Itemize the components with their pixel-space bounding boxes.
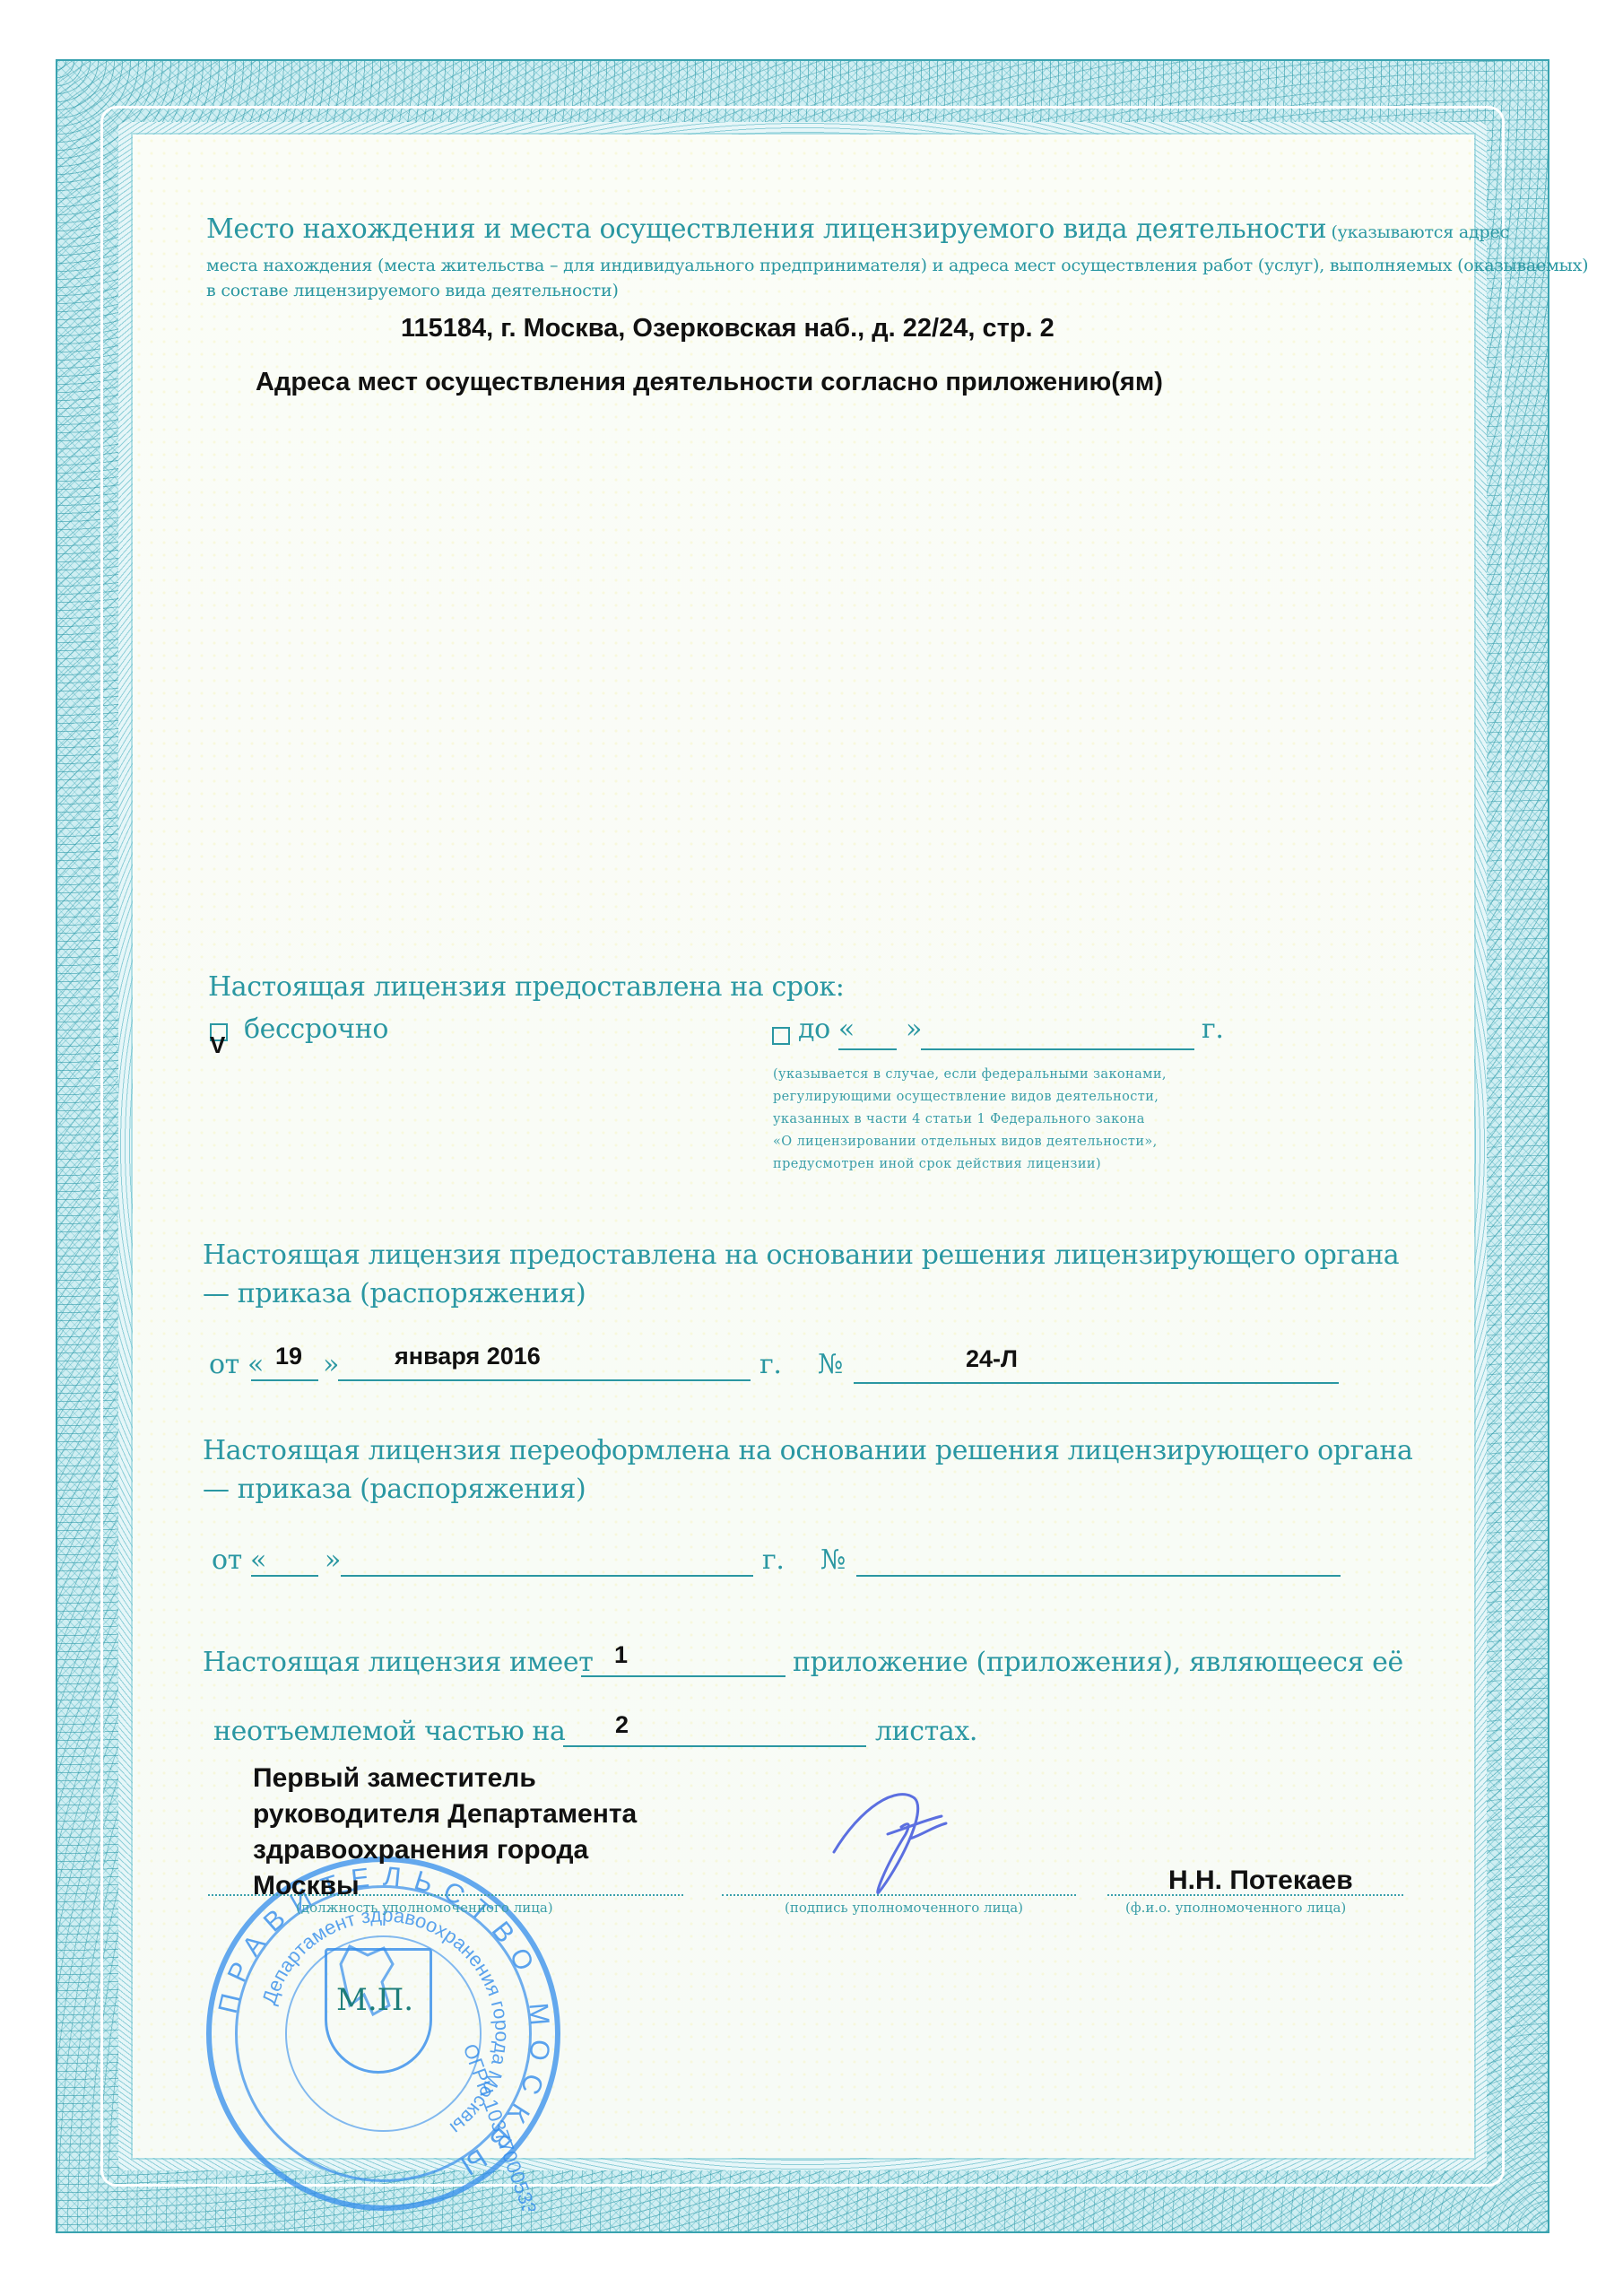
license-address: 115184, г. Москва, Озерковская наб., д. … xyxy=(401,314,1055,344)
reissued-month-year-field[interactable] xyxy=(341,1575,753,1577)
position-line: здравоохранения города xyxy=(253,1832,637,1868)
term-note: (указывается в случае, если федеральными… xyxy=(773,1064,1167,1176)
position-line: руководителя Департамента xyxy=(253,1796,637,1832)
sheet-count-field[interactable] xyxy=(563,1745,866,1747)
seal-middle-text: Департамент здравоохранения города Москв… xyxy=(257,1903,513,2139)
seal-placeholder-label: М.П. xyxy=(336,1982,413,2018)
places-note: Адреса мест осуществления деятельности с… xyxy=(256,368,1163,397)
granted-close-quote: » xyxy=(323,1349,339,1380)
granted-day-field[interactable] xyxy=(251,1379,318,1381)
granted-heading-line2: — приказа (распоряжения) xyxy=(203,1278,586,1309)
signatory-name: Н.Н. Потекаев xyxy=(1168,1865,1353,1896)
term-note-line: «О лицензировании отдельных видов деятел… xyxy=(773,1131,1167,1153)
reissued-heading-line2: — приказа (распоряжения) xyxy=(203,1474,586,1505)
location-heading: Место нахождения и места осуществления л… xyxy=(206,213,1326,245)
granted-number-field[interactable] xyxy=(854,1382,1339,1384)
granted-month-year-field[interactable] xyxy=(338,1379,751,1381)
reissued-heading-line1: Настоящая лицензия переоформлена на осно… xyxy=(203,1435,1413,1466)
checkbox-check-mark: V xyxy=(210,1031,225,1059)
handwritten-signature xyxy=(825,1771,1022,1906)
term-note-line: (указывается в случае, если федеральными… xyxy=(773,1064,1167,1086)
until-prefix: до « xyxy=(798,1013,855,1045)
granted-month-year: января 2016 xyxy=(395,1343,541,1370)
position-line: Москвы xyxy=(253,1868,637,1904)
signature-line-rule xyxy=(722,1894,1076,1896)
name-caption: (ф.и.о. уполномоченного лица) xyxy=(1125,1900,1346,1916)
appendix-prefix: Настоящая лицензия имеет xyxy=(203,1647,593,1678)
reissued-from-label: от « xyxy=(212,1544,266,1576)
svg-text:Департамент здравоохранения го: Департамент здравоохранения города Москв… xyxy=(257,1903,513,2139)
until-day-field[interactable] xyxy=(838,1048,897,1050)
position-caption: (должность уполномоченного лица) xyxy=(296,1900,553,1916)
until-date-checkbox[interactable] xyxy=(772,1027,790,1045)
appendix-count: 1 xyxy=(614,1641,628,1669)
location-heading-line: Место нахождения и места осуществления л… xyxy=(206,213,1509,245)
name-line-rule xyxy=(1107,1894,1403,1896)
term-note-line: указанных в части 4 статьи 1 Федеральног… xyxy=(773,1109,1167,1131)
until-close-quote: » xyxy=(906,1013,922,1045)
reissued-year-suffix: г. xyxy=(762,1544,784,1576)
appendix-count-field[interactable] xyxy=(581,1675,785,1677)
signatory-position: Первый заместитель руководителя Департам… xyxy=(253,1761,637,1904)
term-note-line: регулирующими осуществление видов деятел… xyxy=(773,1086,1167,1109)
granted-day: 19 xyxy=(271,1343,307,1370)
reissued-number-field[interactable] xyxy=(856,1575,1341,1577)
reissued-close-quote: » xyxy=(325,1544,341,1576)
reissued-number-label: № xyxy=(820,1544,846,1576)
granted-heading-line1: Настоящая лицензия предоставлена на осно… xyxy=(203,1239,1399,1271)
appendix-suffix: приложение (приложения), являющееся её xyxy=(793,1647,1403,1678)
granted-number: 24-Л xyxy=(966,1345,1018,1373)
position-line: Первый заместитель xyxy=(253,1761,637,1796)
term-note-line: предусмотрен иной срок действия лицензии… xyxy=(773,1153,1167,1176)
location-heading-note: (указываются адрес xyxy=(1331,222,1509,242)
location-note-line3: в составе лицензируемого вида деятельнос… xyxy=(206,281,619,300)
term-heading: Настоящая лицензия предоставлена на срок… xyxy=(208,971,844,1003)
indefinite-label: бессрочно xyxy=(244,1013,388,1045)
reissued-day-field[interactable] xyxy=(251,1575,318,1577)
granted-from-label: от « xyxy=(209,1349,264,1380)
until-year-suffix: г. xyxy=(1202,1013,1223,1045)
granted-number-label: № xyxy=(818,1349,843,1380)
granted-year-suffix: г. xyxy=(759,1349,781,1380)
sheets-suffix: листах. xyxy=(875,1716,977,1747)
location-note-line2: места нахождения (места жительства – для… xyxy=(206,256,1588,275)
position-line-rule xyxy=(208,1894,683,1896)
until-month-year-field[interactable] xyxy=(921,1048,1194,1050)
sheets-prefix: неотъемлемой частью на xyxy=(213,1716,566,1747)
signature-caption: (подпись уполномоченного лица) xyxy=(785,1900,1023,1916)
sheet-count: 2 xyxy=(615,1711,629,1739)
